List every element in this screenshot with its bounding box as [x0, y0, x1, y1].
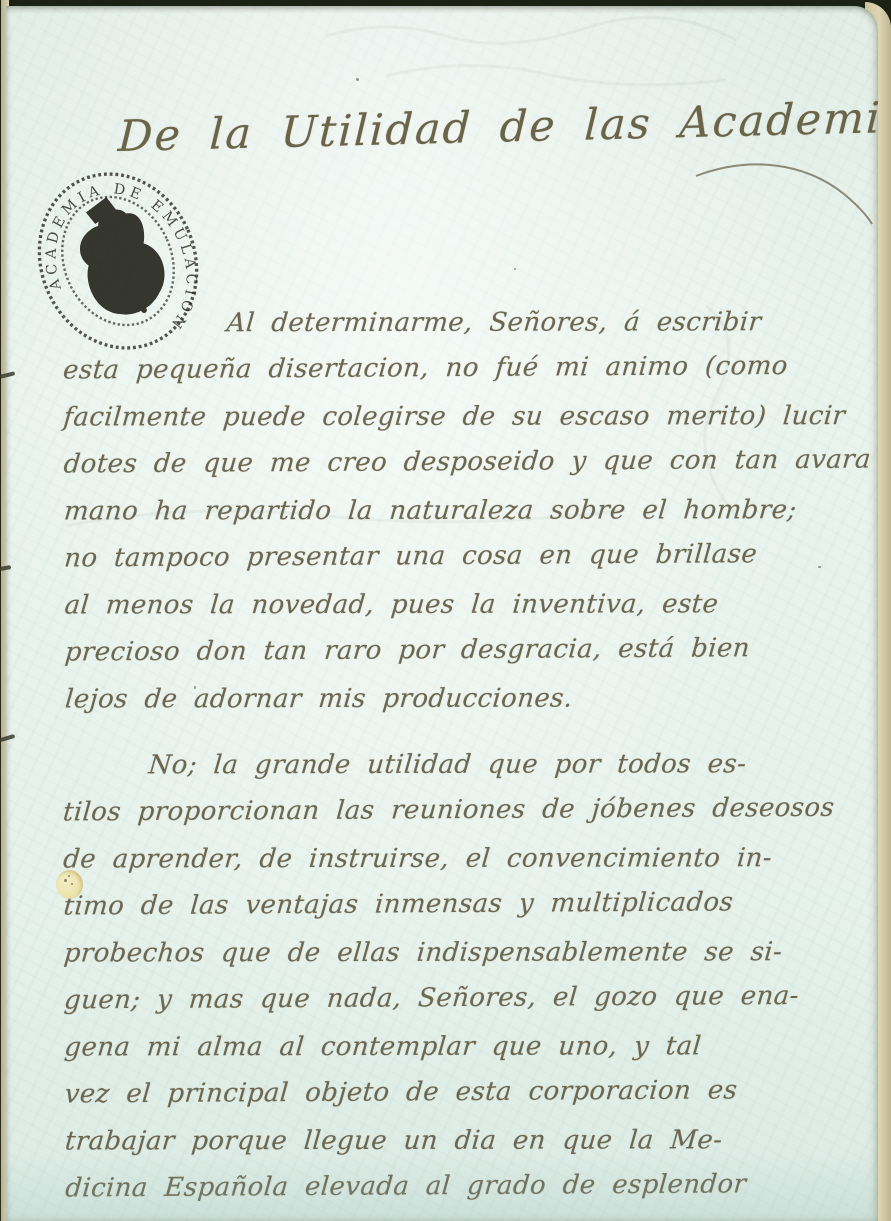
manuscript-line: probechos que de ellas indispensablement… — [62, 929, 876, 977]
manuscript-line: gena mi alma al contemplar que uno, y ta… — [62, 1023, 876, 1071]
manuscript-line: tilos proporcionan las reuniones de jóbe… — [61, 785, 875, 837]
foxing-speck — [356, 78, 359, 81]
manuscript-line: facilmente puede colegirse de su escaso … — [61, 393, 875, 441]
paragraph-2: No; la grande utilidad que por todos es-… — [63, 738, 876, 1213]
paragraph-1: Al determinarme, Señores, á escribir est… — [63, 296, 876, 724]
manuscript-line: guen; y mas que nada, Señores, el gozo q… — [62, 973, 876, 1025]
manuscript-line: No; la grande utilidad que por todos es- — [61, 741, 875, 789]
bottom-scan-shading — [6, 1151, 878, 1221]
foxing-speck — [194, 686, 196, 689]
wax-spot — [56, 870, 83, 899]
manuscript-line: vez el principal objeto de esta corporac… — [63, 1067, 877, 1119]
title-flourish — [694, 154, 874, 229]
manuscript-line: dotes de que me creo desposeido y que co… — [62, 437, 876, 489]
manuscript-paper: De la Utilidad de las Academias ACADEMIA… — [6, 6, 878, 1221]
manuscript-title: De la Utilidad de las Academias — [117, 92, 878, 162]
foxing-speck — [514, 268, 516, 270]
manuscript-line: no tampoco presentar una cosa en que bri… — [62, 531, 876, 583]
manuscript-line: mano ha repartido la naturaleza sobre el… — [62, 487, 876, 535]
manuscript-line: Al determinarme, Señores, á escribir — [61, 299, 875, 347]
manuscript-line: precioso don tan raro por desgracia, est… — [63, 625, 877, 677]
foxing-speck — [818, 566, 821, 568]
manuscript-line: esta pequeña disertacion, no fué mi anim… — [61, 343, 875, 395]
manuscript-line: de aprender, de instruirse, el convencim… — [61, 835, 875, 883]
scanned-manuscript-page: De la Utilidad de las Academias ACADEMIA… — [0, 0, 891, 1221]
manuscript-line: lejos de adornar mis producciones. — [63, 675, 877, 723]
manuscript-line: timo de las ventajas inmensas y multipli… — [62, 879, 876, 931]
manuscript-line: al menos la novedad, pues la inventiva, … — [63, 581, 877, 629]
